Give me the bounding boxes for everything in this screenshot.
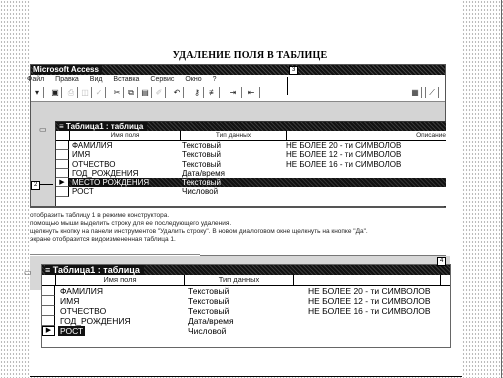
delete-row-icon[interactable]: ⇤ — [243, 87, 260, 98]
row-selector[interactable] — [42, 306, 55, 316]
instruction-3: щелкнуть кнопку на панели инструментов "… — [30, 228, 368, 236]
row-selector[interactable] — [42, 316, 55, 326]
copy-icon[interactable]: ⧉ — [125, 87, 138, 98]
spelling-icon[interactable]: ✓ — [93, 87, 106, 98]
divider — [30, 206, 444, 207]
header-field-name[interactable]: Имя поля — [70, 131, 181, 140]
row-selector[interactable] — [56, 150, 69, 159]
menu-window[interactable]: Окно — [185, 76, 201, 83]
properties-icon[interactable]: ▦ — [409, 87, 422, 98]
current-row-pointer-icon: ▶ — [56, 178, 68, 187]
current-row-pointer-icon: ▶ — [43, 327, 54, 335]
menu-help[interactable]: ? — [213, 76, 217, 83]
header-description[interactable] — [294, 275, 441, 285]
build-icon[interactable]: ⟋ — [425, 87, 439, 98]
divider — [30, 254, 200, 255]
table-row[interactable]: ИМЯ Текстовый НЕ БОЛЕЕ 12 - ти СИМВОЛОВ — [56, 150, 446, 159]
table-row[interactable]: ФАМИЛИЯ Текстовый НЕ БОЛЕЕ 20 - ти СИМВО… — [42, 286, 450, 296]
primary-key-icon[interactable]: ⚷ — [191, 87, 204, 98]
print-preview-icon[interactable]: ◫ — [79, 87, 92, 98]
insert-row-icon[interactable]: ⇥ — [225, 87, 242, 98]
menu-insert[interactable]: Вставка — [113, 76, 139, 83]
menu-edit[interactable]: Правка — [55, 76, 79, 83]
selector-header — [56, 131, 70, 140]
callout-2-arrow — [40, 184, 53, 185]
instruction-2: помощью мыши выделить строку для ее посл… — [30, 220, 368, 228]
row-selector[interactable] — [42, 296, 55, 306]
table-row-selected[interactable]: ▶ МЕСТО РОЖДЕНИЯ Текстовый — [56, 178, 446, 187]
table-window-title[interactable]: ≡ Таблица1 : таблица — [56, 122, 446, 131]
table-window-icon: ▭ — [39, 125, 47, 134]
row-selector[interactable] — [42, 286, 55, 296]
column-header-row: Имя поля Тип данных — [42, 275, 450, 286]
table-window-title[interactable]: ≡ Таблица1 : таблица — [42, 265, 450, 275]
table-row[interactable]: ОТЧЕСТВО Текстовый НЕ БОЛЕЕ 16 - ти СИМВ… — [56, 160, 446, 169]
instructions: отобразить таблицу 1 в режиме конструкто… — [30, 212, 368, 244]
undo-icon[interactable]: ↶ — [171, 87, 184, 98]
instruction-1: отобразить таблицу 1 в режиме конструкто… — [30, 212, 368, 220]
table-title-text: Таблица1 : таблица — [53, 265, 140, 275]
print-icon[interactable]: ⎙ — [65, 87, 78, 98]
row-selector[interactable] — [56, 160, 69, 169]
access-window: Microsoft Access 3 Файл Правка Вид Встав… — [30, 64, 446, 208]
save-icon[interactable]: ▣ — [49, 87, 62, 98]
table-row-current[interactable]: ▶ РОСТ Числовой — [42, 326, 450, 336]
table-row[interactable]: РОСТ Числовой — [56, 187, 446, 196]
row-selector-current[interactable]: ▶ — [42, 326, 55, 336]
callout-4: 4 — [437, 257, 446, 266]
header-field-name[interactable]: Имя поля — [56, 275, 185, 285]
row-selector[interactable] — [56, 169, 69, 178]
selector-header — [42, 275, 56, 285]
table-row[interactable]: ОТЧЕСТВО Текстовый НЕ БОЛЕЕ 16 - ти СИМВ… — [42, 306, 450, 316]
indexes-icon[interactable]: ≢ — [207, 87, 220, 98]
menu-tools[interactable]: Сервис — [150, 76, 174, 83]
row-selector-current[interactable]: ▶ — [56, 178, 69, 187]
column-header-row: Имя поля Тип данных Описание — [56, 131, 446, 141]
header-description[interactable]: Описание — [287, 131, 446, 140]
header-data-type[interactable]: Тип данных — [185, 275, 294, 285]
toolbar: ▾ ▣ ⎙ ◫ ✓ ✂ ⧉ ▤ ✐ ↶ ⚷ ≢ ⇥ ⇤ ▦ ⟋ — [31, 85, 445, 102]
window-title: Microsoft Access — [33, 65, 102, 74]
callout-2: 2 — [31, 181, 40, 190]
table-window-icon: ▭ — [24, 268, 32, 277]
design-view-icon[interactable]: ▾ — [31, 87, 44, 98]
table-design-window-before: ≡ Таблица1 : таблица Имя поля Тип данных… — [55, 121, 446, 207]
window-titlebar[interactable]: Microsoft Access 3 — [31, 65, 445, 75]
table-row[interactable]: ИМЯ Текстовый НЕ БОЛЕЕ 12 - ти СИМВОЛОВ — [42, 296, 450, 306]
cut-icon[interactable]: ✂ — [111, 87, 124, 98]
header-data-type[interactable]: Тип данных — [181, 131, 287, 140]
page-edge — [501, 0, 502, 378]
table-row[interactable]: ФАМИЛИЯ Текстовый НЕ БОЛЕЕ 20 - ти СИМВО… — [56, 141, 446, 150]
menu-file[interactable]: Файл — [27, 76, 44, 83]
instruction-4: экране отобразится видоизмененная таблиц… — [30, 236, 368, 244]
menu-view[interactable]: Вид — [90, 76, 103, 83]
table-row[interactable]: ГОД_РОЖДЕНИЯ Дата/время — [42, 316, 450, 326]
document-title: УДАЛЕНИЕ ПОЛЯ В ТАБЛИЦЕ — [130, 50, 370, 61]
row-selector[interactable] — [56, 187, 69, 196]
callout-3: 3 — [289, 66, 298, 75]
menu-bar: Файл Правка Вид Вставка Сервис Окно ? — [31, 75, 445, 85]
table-title-text: Таблица1 : таблица — [66, 122, 143, 131]
table-design-window-after: ≡ Таблица1 : таблица 4 Имя поля Тип данн… — [41, 264, 451, 348]
row-selector[interactable] — [56, 141, 69, 150]
format-painter-icon[interactable]: ✐ — [153, 87, 166, 98]
table-row[interactable]: ГОД_РОЖДЕНИЯ Дата/время — [56, 169, 446, 178]
paste-icon[interactable]: ▤ — [139, 87, 152, 98]
